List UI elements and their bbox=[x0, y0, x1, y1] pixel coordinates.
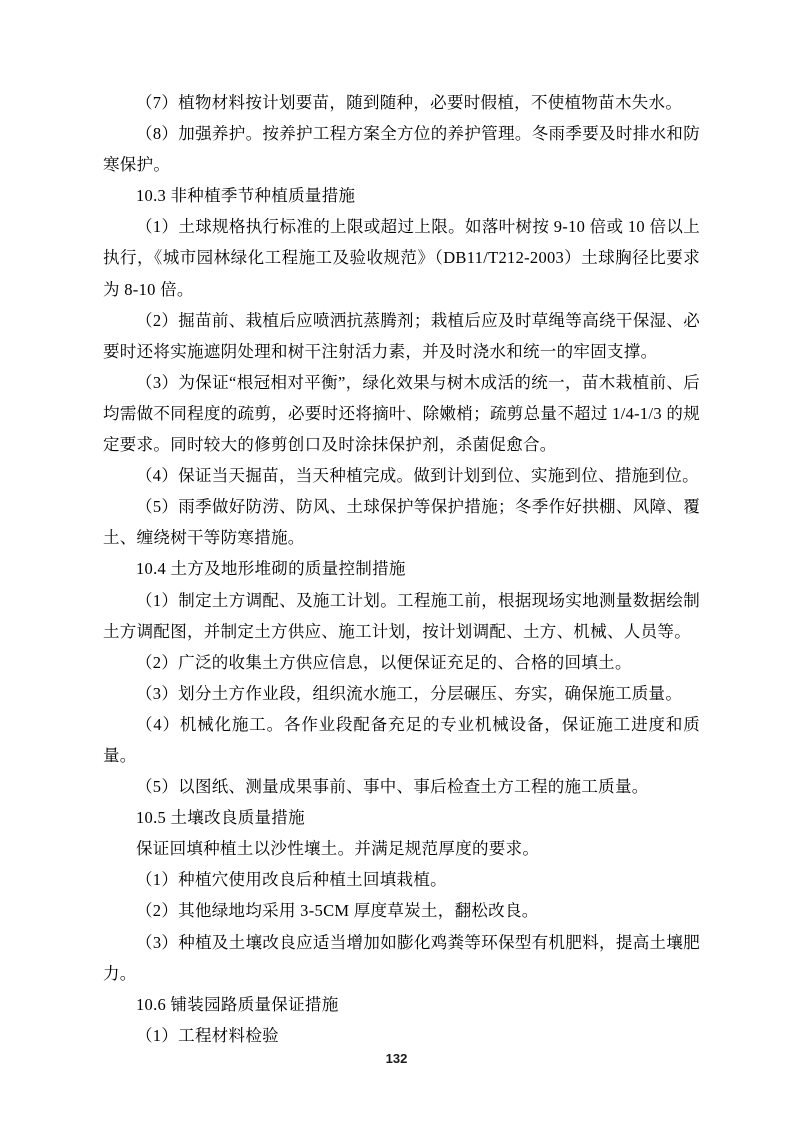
paragraph: （5）雨季做好防涝、防风、土球保护等保护措施；冬季作好拱棚、风障、覆土、缠绕树干… bbox=[103, 491, 700, 553]
page-number: 132 bbox=[0, 1051, 793, 1066]
paragraph: （8）加强养护。按养护工程方案全方位的养护管理。冬雨季要及时排水和防寒保护。 bbox=[103, 118, 700, 180]
paragraph: （4）机械化施工。各作业段配备充足的专业机械设备，保证施工进度和质量。 bbox=[103, 709, 700, 771]
paragraph: （3）为保证“根冠相对平衡”，绿化效果与树木成活的统一，苗木栽植前、后均需做不同… bbox=[103, 367, 700, 460]
paragraph: （1）种植穴使用改良后种植土回填栽植。 bbox=[103, 864, 700, 895]
paragraph: （1）土球规格执行标准的上限或超过上限。如落叶树按 9-10 倍或 10 倍以上… bbox=[103, 211, 700, 304]
paragraph: （5）以图纸、测量成果事前、事中、事后检查土方工程的施工质量。 bbox=[103, 771, 700, 802]
paragraph: （1）制定土方调配、及施工计划。工程施工前，根据现场实地测量数据绘制土方调配图，… bbox=[103, 585, 700, 647]
paragraph: （2）广泛的收集土方供应信息，以便保证充足的、合格的回填土。 bbox=[103, 647, 700, 678]
paragraph: （3）种植及土壤改良应适当增加如膨化鸡粪等环保型有机肥料，提高土壤肥力。 bbox=[103, 927, 700, 989]
section-heading: 10.4 土方及地形堆砌的质量控制措施 bbox=[103, 553, 700, 584]
section-heading: 10.5 土壤改良质量措施 bbox=[103, 802, 700, 833]
document-body: （7）植物材料按计划要苗，随到随种，必要时假植，不使植物苗木失水。（8）加强养护… bbox=[103, 87, 700, 1051]
document-page: （7）植物材料按计划要苗，随到随种，必要时假植，不使植物苗木失水。（8）加强养护… bbox=[0, 0, 793, 1122]
paragraph: （7）植物材料按计划要苗，随到随种，必要时假植，不使植物苗木失水。 bbox=[103, 87, 700, 118]
paragraph: （3）划分土方作业段，组织流水施工，分层碾压、夯实，确保施工质量。 bbox=[103, 678, 700, 709]
section-heading: 10.3 非种植季节种植质量措施 bbox=[103, 180, 700, 211]
paragraph: （1）工程材料检验 bbox=[103, 1020, 700, 1051]
section-heading: 10.6 铺装园路质量保证措施 bbox=[103, 989, 700, 1020]
paragraph: （2）其他绿地均采用 3-5CM 厚度草炭土，翻松改良。 bbox=[103, 895, 700, 926]
paragraph: 保证回填种植土以沙性壤土。并满足规范厚度的要求。 bbox=[103, 833, 700, 864]
paragraph: （2）掘苗前、栽植后应喷洒抗蒸腾剂；栽植后应及时草绳等高绕干保湿、必要时还将实施… bbox=[103, 305, 700, 367]
paragraph: （4）保证当天掘苗，当天种植完成。做到计划到位、实施到位、措施到位。 bbox=[103, 460, 700, 491]
